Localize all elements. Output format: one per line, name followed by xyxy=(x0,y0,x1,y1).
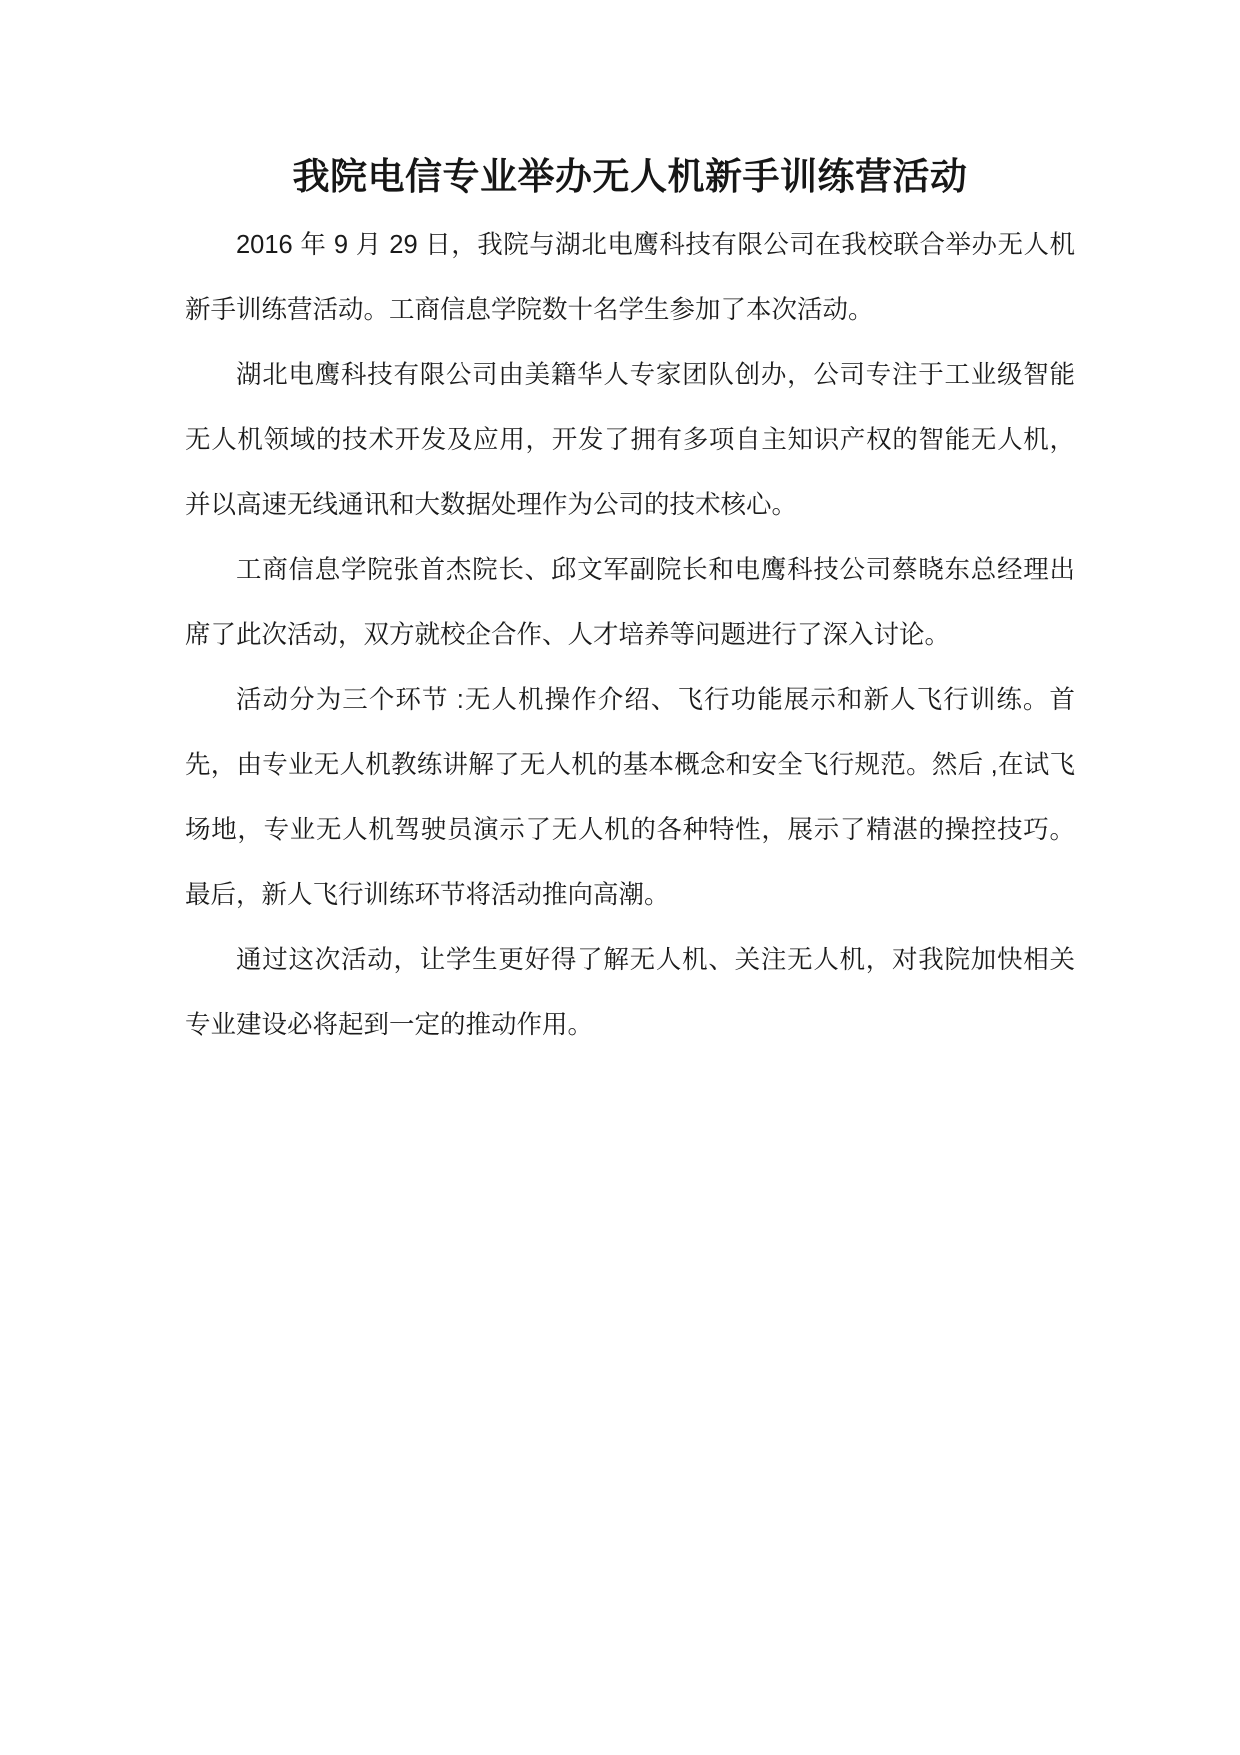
document-page: 我院电信专业举办无人机新手训练营活动 2016 年 9 月 29 日，我院与湖北… xyxy=(0,0,1240,1755)
document-content: 我院电信专业举办无人机新手训练营活动 2016 年 9 月 29 日，我院与湖北… xyxy=(185,0,1075,1058)
paragraph-intro: 2016 年 9 月 29 日，我院与湖北电鹰科技有限公司在我校联合举办无人机新… xyxy=(185,213,1075,343)
paragraph-activity-stages: 活动分为三个环节 :无人机操作介绍、飞行功能展示和新人飞行训练。首先，由专业无人… xyxy=(185,668,1075,928)
paragraph-attendees: 工商信息学院张首杰院长、邱文军副院长和电鹰科技公司蔡晓东总经理出席了此次活动，双… xyxy=(185,538,1075,668)
document-title: 我院电信专业举办无人机新手训练营活动 xyxy=(185,147,1075,207)
paragraph-company: 湖北电鹰科技有限公司由美籍华人专家团队创办，公司专注于工业级智能无人机领域的技术… xyxy=(185,343,1075,538)
paragraph-conclusion: 通过这次活动，让学生更好得了解无人机、关注无人机，对我院加快相关专业建设必将起到… xyxy=(185,928,1075,1058)
